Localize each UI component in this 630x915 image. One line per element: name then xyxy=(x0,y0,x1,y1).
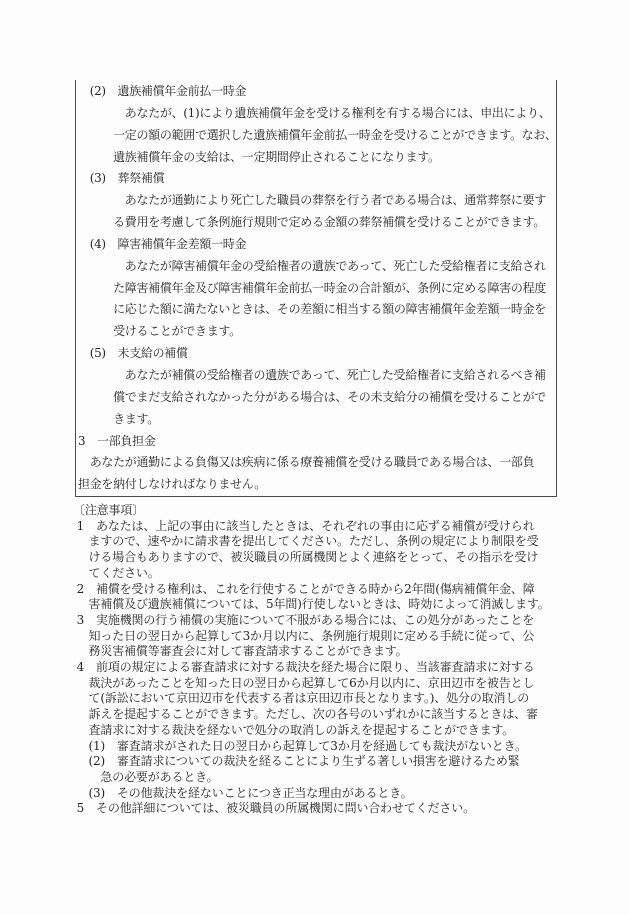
compensation-box-lines: (2) 遺族補償年金前払一時金 あなたが、(1)により遺族補償年金を受ける権利を… xyxy=(78,81,556,496)
note-text-line: ますので、速やかに請求書を提出してください。ただし、条例の規定により制限を受 xyxy=(73,534,559,550)
notes-section: 〔注意事項〕 1 あなたは、上記の事由に該当したときは、それぞれの事由に応ずる補… xyxy=(73,503,559,817)
note-text-line: 査請求に対する裁決を経ないで処分の取消しの訴えを提起することができます。 xyxy=(73,723,559,739)
note-text-line: 訴えを提起することができます。ただし、次の各号のいずれかに該当するときは、審 xyxy=(73,707,559,723)
document-text-line: た障害補償年金及び障害補償年金前払一時金の合計額が、条例に定める障害の程度 xyxy=(78,278,556,300)
note-text-line: て(訴訟において京田辺市を代表する者は京田辺市長となります。)、処分の取消しの xyxy=(73,691,559,707)
note-text-line: 知った日の翌日から起算して3か月以内に、条例施行規則に定める手続に従って、公 xyxy=(73,629,559,645)
note-text-line: (1) 審査請求がされた日の翌日から起算して3か月を経過しても裁決がないとき。 xyxy=(73,739,559,755)
note-text-line: 2 補償を受ける権利は、これを行使することができる時から2年間(傷病補償年金、障 xyxy=(73,582,559,598)
note-text-line: 1 あなたは、上記の事由に該当したときは、それぞれの事由に応ずる補償が受けられ xyxy=(73,519,559,535)
document-text-line: 遺族補償年金の支給は、一定期間停止されることになります。 xyxy=(78,147,556,169)
note-text-line: (2) 審査請求についての裁決を経ることにより生ずる著しい損害を避けるため緊 xyxy=(73,754,559,770)
document-text-line: あなたが通勤により死亡した職員の葬祭を行う者である場合は、通常葬祭に要す xyxy=(78,190,556,212)
document-text-line: あなたが障害補償年金の受給権者の遺族であって、死亡した受給権者に支給され xyxy=(78,256,556,278)
note-text-line: 4 前項の規定による審査請求に対する裁決を経た場合に限り、当該審査請求に対する xyxy=(73,660,559,676)
document-text-line: あなたが、(1)により遺族補償年金を受ける権利を有する場合には、申出により、 xyxy=(78,103,556,125)
document-text-line: (5) 未支給の補償 xyxy=(78,343,556,365)
compensation-items-box: (2) 遺族補償年金前払一時金 あなたが、(1)により遺族補償年金を受ける権利を… xyxy=(75,80,557,497)
note-text-line: 害補償及び遺族補償については、5年間)行使しないときは、時効によって消滅します。 xyxy=(73,597,559,613)
note-text-line: 裁決があったことを知った日の翌日から起算して6か月以内に、京田辺市を被告とし xyxy=(73,676,559,692)
scanned-document-page: (2) 遺族補償年金前払一時金 あなたが、(1)により遺族補償年金を受ける権利を… xyxy=(0,0,630,915)
note-text-line: 急の必要があるとき。 xyxy=(73,770,559,786)
document-text-line: (4) 障害補償年金差額一時金 xyxy=(78,234,556,256)
document-text-line: 担金を納付しなければなりません。 xyxy=(78,474,556,496)
document-text-line: 受けることができます。 xyxy=(78,321,556,343)
document-text-line: 3 一部負担金 xyxy=(78,431,556,453)
note-text-line: (3) その他裁決を経ないことにつき正当な理由があるとき。 xyxy=(73,786,559,802)
document-text-line: る費用を考慮して条例施行規則で定める金額の葬祭補償を受けることができます。 xyxy=(78,212,556,234)
document-text-line: (2) 遺族補償年金前払一時金 xyxy=(78,81,556,103)
document-text-line: (3) 葬祭補償 xyxy=(78,168,556,190)
document-text-line: 一定の額の範囲で選択した遺族補償年金前払一時金を受けることができます。なお、 xyxy=(78,125,556,147)
document-text-line: に応じた額に満たないときは、その差額に相当する額の障害補償年金差額一時金を xyxy=(78,299,556,321)
note-text-line: 務災害補償等審査会に対して審査請求することができます。 xyxy=(73,644,559,660)
notes-lines: 1 あなたは、上記の事由に該当したときは、それぞれの事由に応ずる補償が受けられ … xyxy=(73,519,559,817)
document-text-line: 償でまだ支給されなかった分がある場合は、その未支給分の補償を受けることがで xyxy=(78,387,556,409)
note-text-line: てください。 xyxy=(73,566,559,582)
note-text-line: 5 その他詳細については、被災職員の所属機関に問い合わせてください。 xyxy=(73,801,559,817)
document-text-line: あなたが通勤による負傷又は疾病に係る療養補償を受ける職員である場合は、一部負 xyxy=(78,452,556,474)
document-text-line: あなたが補償の受給権者の遺族であって、死亡した受給権者に支給されるべき補 xyxy=(78,365,556,387)
document-text-line: きます。 xyxy=(78,409,556,431)
note-text-line: ける場合もありますので、被災職員の所属機関とよく連絡をとって、その指示を受け xyxy=(73,550,559,566)
note-text-line: 3 実施機関の行う補償の実施について不服がある場合には、この処分があったことを xyxy=(73,613,559,629)
notes-section-title: 〔注意事項〕 xyxy=(73,503,559,519)
